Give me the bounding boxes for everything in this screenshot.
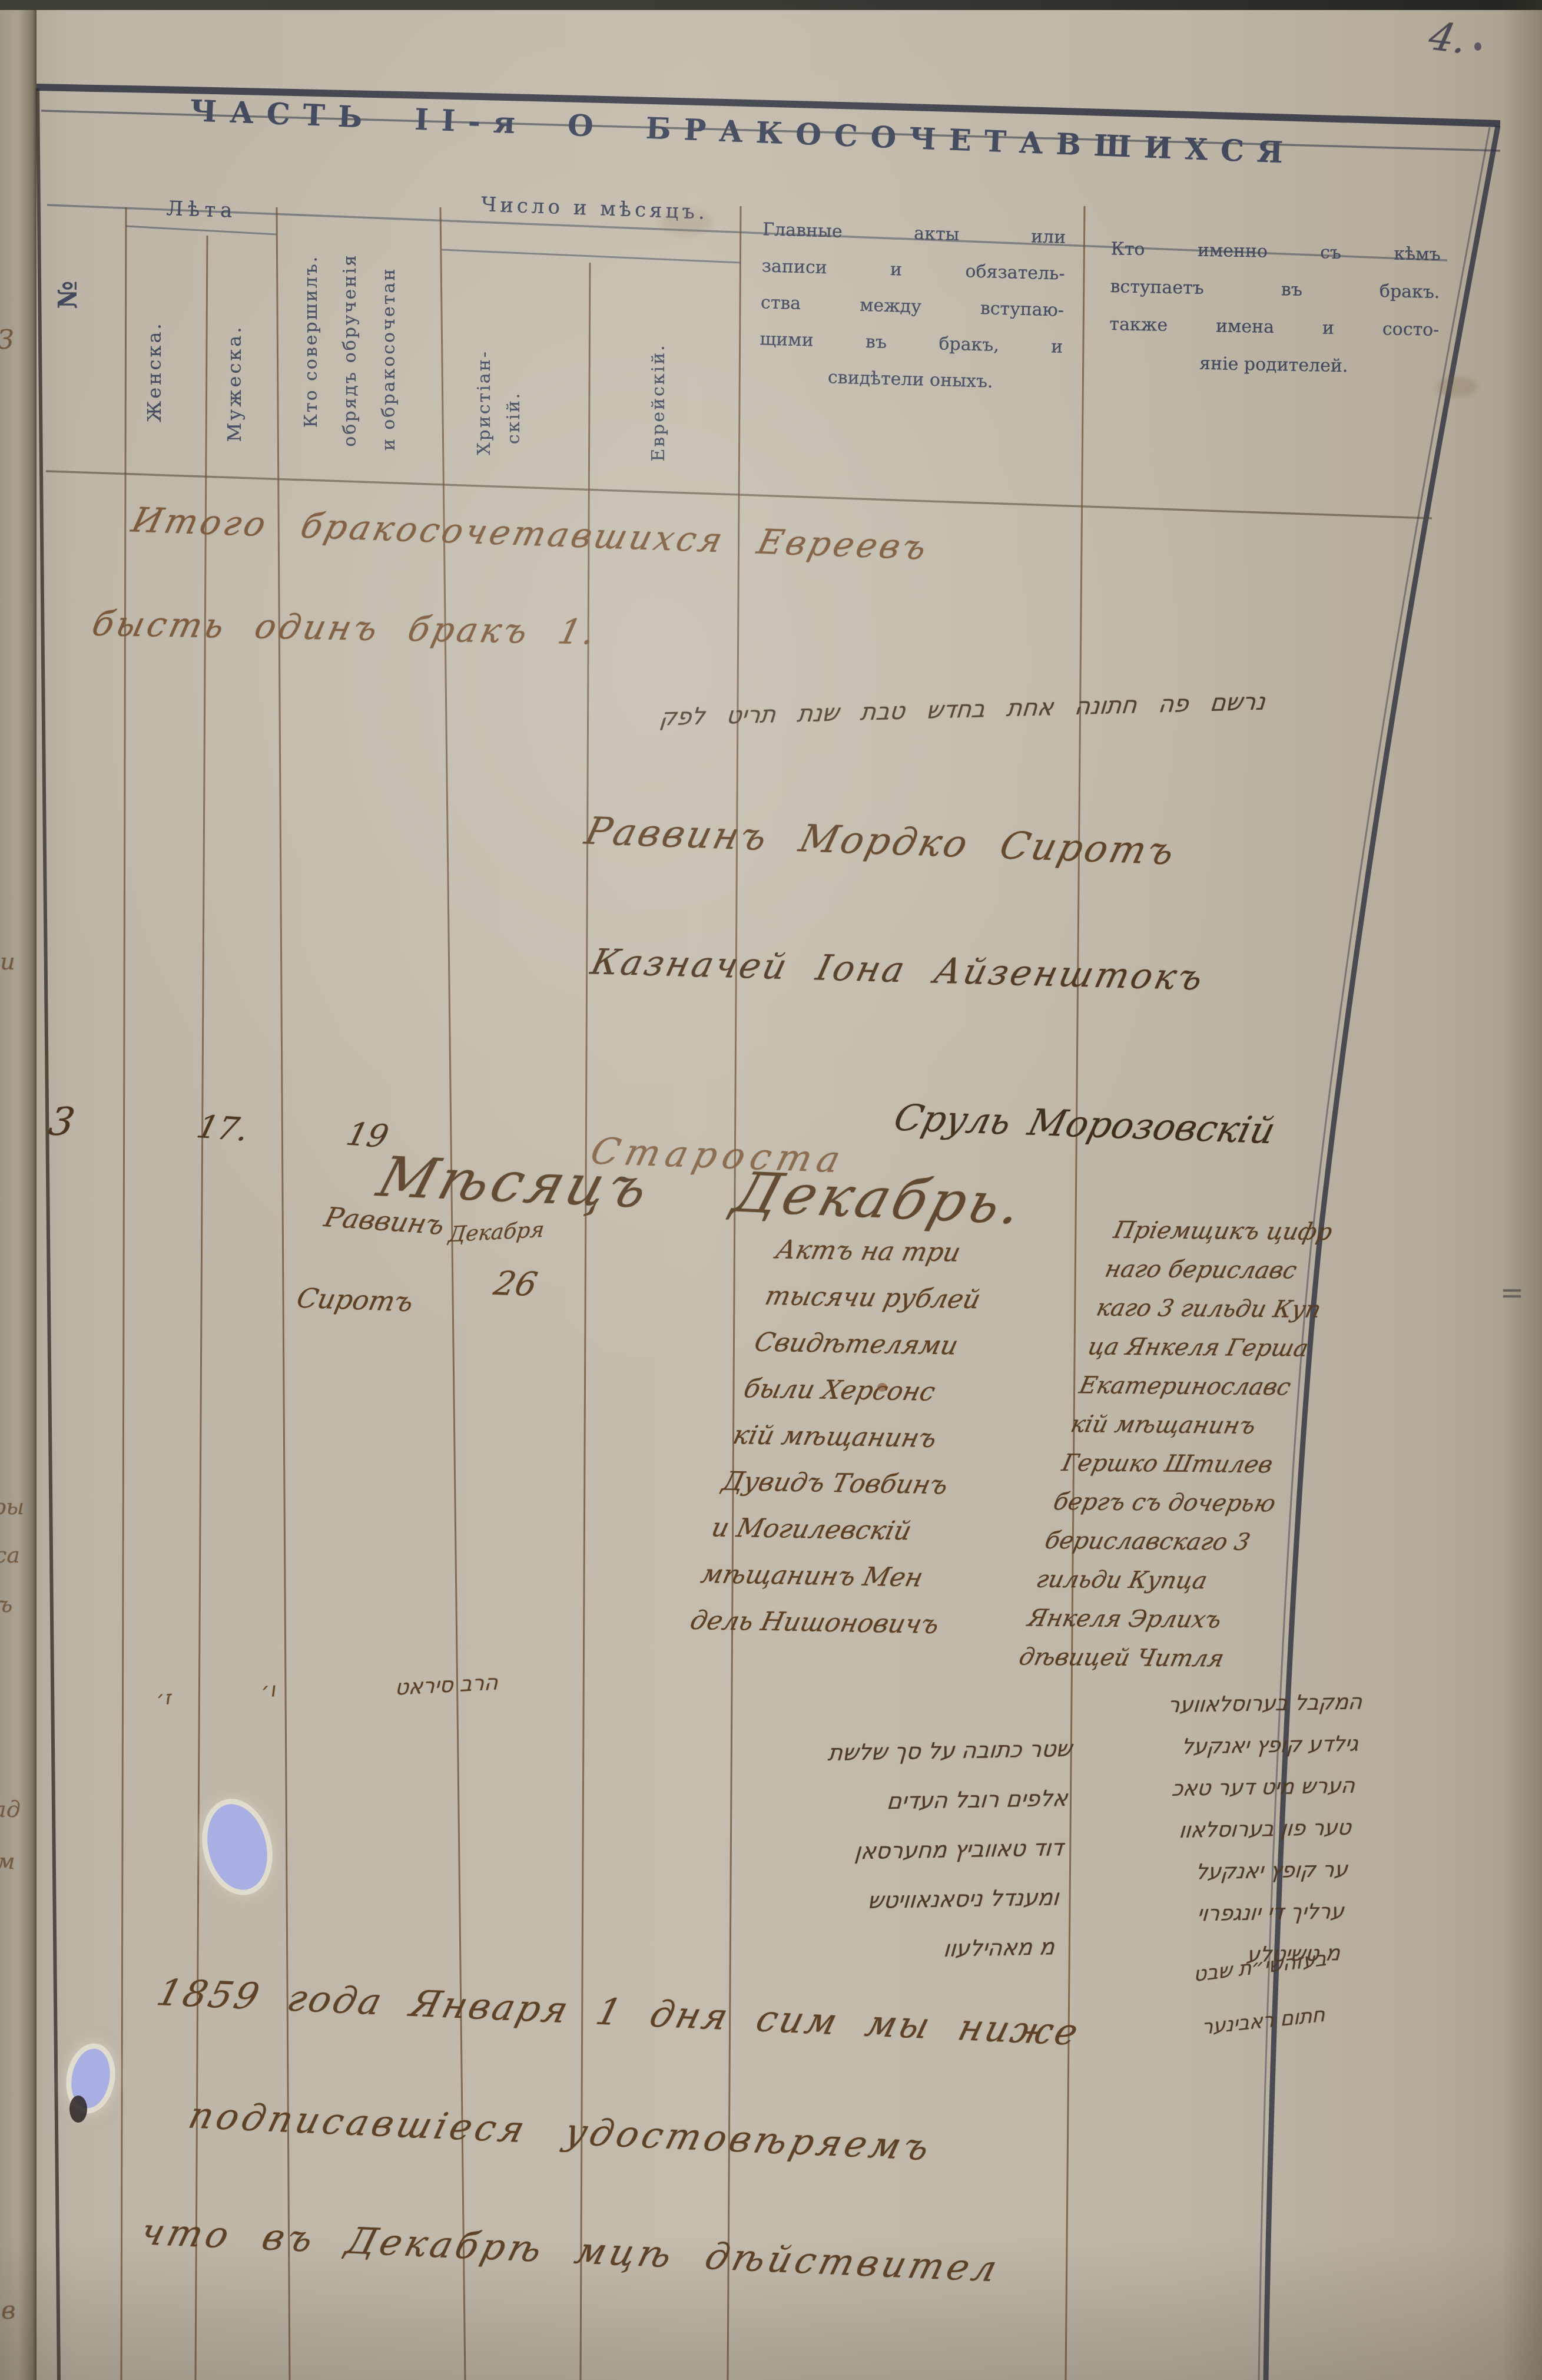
margin-fragment: са	[0, 1542, 20, 1568]
parties-line: дѣвицей Читля	[1015, 1637, 1412, 1680]
acts-line: дель Нишоновичъ	[685, 1597, 1034, 1650]
acts-line: кій мѣщанинъ	[728, 1412, 1077, 1464]
parties-line: ца Янкеля Герша	[1084, 1327, 1481, 1369]
parties-hebrew-line: הערש מיט דער טאכ	[1000, 1765, 1357, 1813]
record-bride-age: 17.	[193, 1108, 253, 1148]
column-header-officiant-line3: и обракосочетан	[379, 221, 399, 498]
column-header-acts: Главные акты или записи и обязатель- ств…	[758, 211, 1066, 402]
margin-fragment: м	[0, 1848, 15, 1874]
parties-line: Пріемщикъ цифр	[1110, 1211, 1507, 1253]
acts-line: были Херсонс	[739, 1365, 1088, 1418]
column-header-christian-line1: Христіан-	[474, 320, 495, 485]
margin-fragment: ъ	[0, 1591, 12, 1617]
parties-line: каго 3 гильди Куп	[1093, 1289, 1490, 1331]
column-header-christian-line2: скій.	[503, 336, 524, 501]
column-header-jewish: Еврейскій.	[648, 315, 669, 491]
record-date-day: 26	[490, 1265, 540, 1304]
parties-hebrew-line: ער קופץ יאנקעל	[993, 1849, 1349, 1897]
record-officiant-line2: Сиротъ	[294, 1282, 416, 1318]
record-margin-mark: =	[1500, 1277, 1524, 1310]
parties-hebrew-line: המקבל בערוסלאווער	[1007, 1681, 1364, 1729]
record2-bride-mark: ז׳	[156, 1686, 172, 1710]
column-header-muzheska: Мужеска.	[223, 266, 246, 501]
column-header-zhenska: Женска.	[143, 260, 165, 484]
margin-fragment: в	[1, 2296, 15, 2325]
column-header-parties: Кто именно съ кѣмъ вступаетъ въ бракъ. т…	[1109, 230, 1441, 387]
parties-header-line: вступаетъ въ бракъ.	[1110, 268, 1440, 312]
column-header-officiant-line2: обрядъ обрученія	[340, 212, 360, 489]
parties-hebrew-line: טער פון בערוסלאוו	[996, 1807, 1353, 1855]
parties-header-line: яніе родителей.	[1109, 343, 1439, 387]
acts-line: мѣщанинъ Мен	[696, 1551, 1045, 1603]
column-header-officiant-line1: Кто совершилъ.	[301, 203, 321, 480]
margin-fragment: ры	[0, 1494, 24, 1520]
acts-line: и Могилевскій	[707, 1505, 1056, 1557]
acts-line: тысячи рублей	[760, 1273, 1109, 1325]
margin-fragment: З	[0, 325, 14, 355]
record-date-month: Декабря	[447, 1218, 546, 1247]
parties-line: гильди Купца	[1033, 1560, 1430, 1603]
acts-line: Свидѣтелями	[750, 1319, 1099, 1372]
parties-line: Гершко Штилев	[1058, 1444, 1455, 1486]
record2-groom-mark: ו׳	[261, 1678, 276, 1703]
margin-fragment: ад	[0, 1796, 21, 1822]
acts-line: Дувидъ Товбинъ	[718, 1458, 1067, 1511]
parties-hebrew-line: גילדע קופץ יאנקעל	[1003, 1723, 1360, 1771]
column-header-no: №	[53, 248, 83, 342]
parties-header-line: Кто именно съ кѣмъ	[1110, 230, 1441, 274]
parties-line: наго бериславс	[1101, 1250, 1498, 1292]
record2-parties-hebrew: המקבל בערוסלאווער גילדע קופץ יאנקעל הערש…	[985, 1681, 1364, 1980]
parties-line: кій мѣщанинъ	[1067, 1405, 1464, 1447]
parties-header-line: также имена и состо-	[1109, 306, 1440, 349]
parties-hebrew-line: ערליך די יונגפרוי	[989, 1891, 1345, 1939]
parties-line: Екатеринославс	[1076, 1366, 1473, 1408]
parties-line: бериславскаго 3	[1041, 1521, 1438, 1564]
parties-line: бергъ съ дочерью	[1050, 1482, 1447, 1525]
acts-line: Актъ на три	[771, 1226, 1120, 1279]
parties-line: Янкеля Эрлихъ	[1024, 1599, 1421, 1641]
margin-fragment: и	[0, 948, 15, 975]
document-photo: 4. ЧАСТЬ II-я О БРАКОСОЧЕТАВШИХСЯ № Лѣта…	[0, 0, 1542, 2380]
